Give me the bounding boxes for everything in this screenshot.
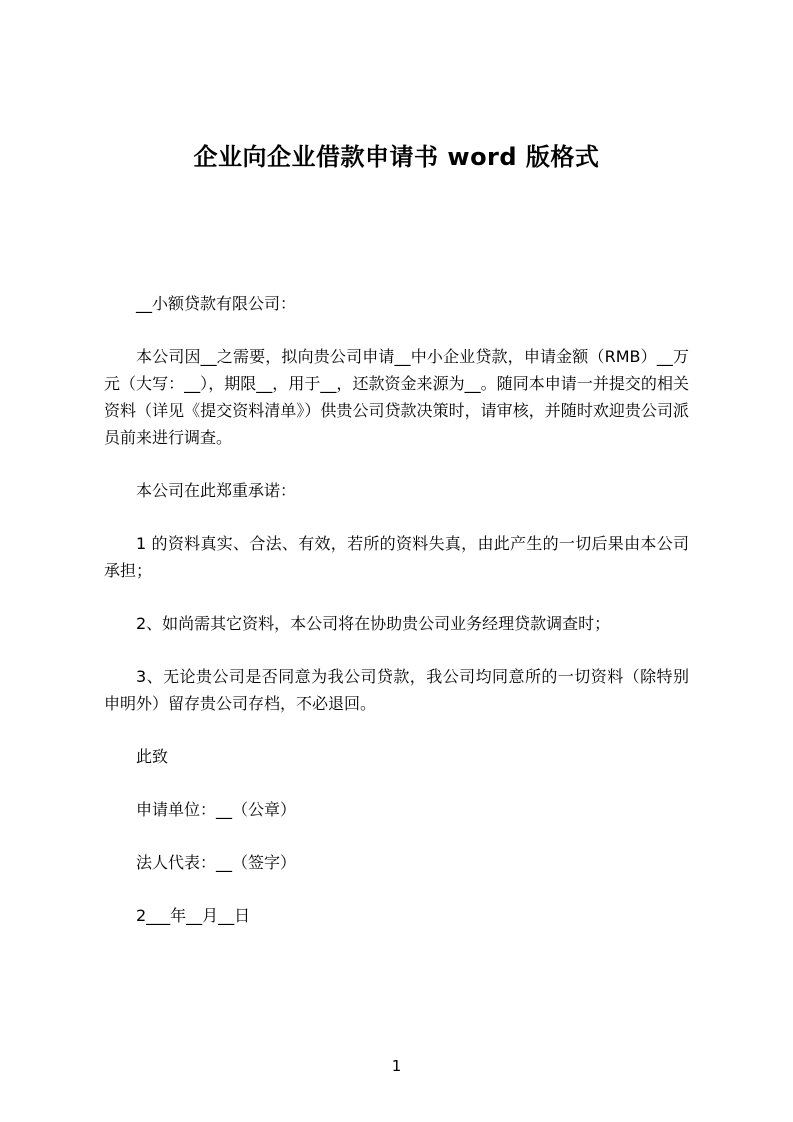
intro-paragraph: 本公司因__之需要，拟向贵公司申请__中小企业贷款，申请金额（RMB）__万元（…	[104, 343, 689, 451]
promise-item-3: 3、无论贵公司是否同意为我公司贷款，我公司均同意所的一切资料（除特别申明外）留存…	[104, 663, 689, 717]
legal-rep-line: 法人代表：__（签字）	[104, 849, 689, 876]
page-number: 1	[0, 1058, 793, 1075]
document-page: 企业向企业借款申请书 word 版格式 __小额贷款有限公司： 本公司因__之需…	[0, 0, 793, 1122]
closing-line: 此致	[104, 743, 689, 770]
date-line: 2___年__月__日	[104, 902, 689, 929]
salutation-line: __小额贷款有限公司：	[104, 290, 689, 317]
promise-item-2: 2、如尚需其它资料，本公司将在协助贵公司业务经理贷款调查时；	[104, 610, 689, 637]
document-title: 企业向企业借款申请书 word 版格式	[104, 141, 689, 173]
promise-heading: 本公司在此郑重承诺：	[104, 477, 689, 504]
promise-item-1: 1 的资料真实、合法、有效，若所的资料失真，由此产生的一切后果由本公司承担；	[104, 530, 689, 584]
applicant-line: 申请单位：__（公章）	[104, 796, 689, 823]
